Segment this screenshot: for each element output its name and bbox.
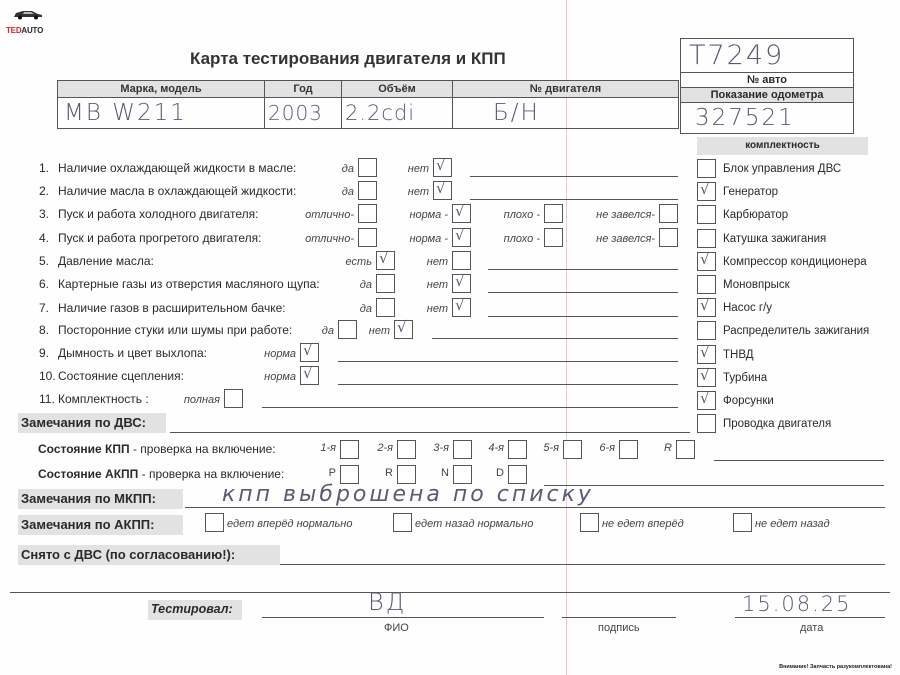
row-question: Наличие масла в охлаждающей жидкости: bbox=[58, 181, 296, 201]
engine-number-cell: № двигателя Б/Н bbox=[453, 81, 678, 128]
completeness-label: Распределитель зажигания bbox=[723, 321, 869, 341]
akpp-option-label: не едет вперёд bbox=[602, 518, 684, 530]
option-checkbox[interactable]: √ bbox=[433, 181, 452, 200]
option-checkbox[interactable] bbox=[544, 228, 563, 247]
check-mark-icon: √ bbox=[303, 363, 313, 383]
tested-by-label: Тестировал: bbox=[148, 600, 242, 620]
option-label: плохо - bbox=[462, 205, 540, 225]
row-question: Состояние сцепления: bbox=[58, 366, 184, 386]
mode-label: D bbox=[426, 467, 504, 479]
completeness-checkbox[interactable]: √ bbox=[697, 252, 716, 271]
row-number: 7. bbox=[39, 298, 49, 318]
option-label: да bbox=[276, 182, 354, 202]
check-mark-icon: √ bbox=[700, 388, 710, 408]
manual-gearbox-notes-field[interactable] bbox=[714, 460, 884, 461]
option-label: есть bbox=[294, 252, 372, 272]
akpp-option-label: едет вперёд нормально bbox=[227, 518, 352, 530]
removed-label: Снято с ДВС (по согласованию!): bbox=[18, 545, 280, 565]
check-mark-icon: √ bbox=[700, 365, 710, 385]
row-question: Пуск и работа прогретого двигателя: bbox=[58, 228, 262, 248]
auto-number-box: T7249 № авто Показание одометра 327521 bbox=[680, 38, 854, 134]
auto-gearbox-notes-field[interactable] bbox=[544, 485, 884, 486]
check-mark-icon: √ bbox=[700, 342, 710, 362]
row-number: 4. bbox=[39, 228, 49, 248]
row-question: Комплектность : bbox=[58, 389, 149, 409]
akpp-option-checkbox[interactable] bbox=[580, 513, 599, 532]
completeness-checkbox[interactable]: √ bbox=[697, 298, 716, 317]
completeness-label: Турбина bbox=[723, 368, 767, 388]
row-number: 9. bbox=[39, 343, 49, 363]
name-caption: ФИО bbox=[384, 622, 409, 634]
option-checkbox[interactable] bbox=[224, 389, 243, 408]
row-question: Картерные газы из отверстия масляного щу… bbox=[58, 274, 320, 294]
option-checkbox[interactable] bbox=[659, 228, 678, 247]
checklist-row: 8.Посторонние стуки или шумы при работе:… bbox=[0, 320, 690, 342]
checklist-row: 7.Наличие газов в расширительном бачке:д… bbox=[0, 298, 690, 320]
logo-text: TEDAUTO bbox=[6, 26, 46, 35]
option-checkbox[interactable]: √ bbox=[452, 274, 471, 293]
mkpp-remarks-field bbox=[185, 507, 885, 508]
check-mark-icon: √ bbox=[436, 155, 446, 175]
row-number: 6. bbox=[39, 274, 49, 294]
option-label: нет bbox=[351, 182, 429, 202]
signature-caption: подпись bbox=[598, 622, 640, 634]
engine-remarks-label: Замечания по ДВС: bbox=[18, 413, 166, 433]
akpp-option-checkbox[interactable] bbox=[205, 513, 224, 532]
option-label: плохо - bbox=[462, 229, 540, 249]
option-label: нет bbox=[312, 321, 390, 341]
manual-gearbox-label: Состояние КПП - проверка на включение: bbox=[38, 442, 276, 456]
option-checkbox[interactable]: √ bbox=[300, 366, 319, 385]
completeness-label: Компрессор кондиционера bbox=[723, 252, 867, 272]
akpp-option-label: едет назад нормально bbox=[415, 518, 533, 530]
row-notes-field[interactable] bbox=[338, 384, 678, 385]
row-notes-field[interactable] bbox=[432, 338, 678, 339]
option-checkbox[interactable]: √ bbox=[433, 158, 452, 177]
check-mark-icon: √ bbox=[303, 340, 313, 360]
gear-checkbox[interactable] bbox=[676, 440, 695, 459]
row-notes-field[interactable] bbox=[488, 292, 678, 293]
option-checkbox[interactable]: √ bbox=[394, 320, 413, 339]
car-icon bbox=[12, 8, 44, 20]
option-checkbox[interactable]: √ bbox=[452, 298, 471, 317]
checklist-row: 4.Пуск и работа прогретого двигателя:отл… bbox=[0, 228, 690, 250]
row-question: Наличие газов в расширительном бачке: bbox=[58, 298, 286, 318]
completeness-label: ТНВД bbox=[723, 345, 754, 365]
checklist-row: 1.Наличие охлаждающей жидкости в масле:д… bbox=[0, 158, 690, 180]
option-label: отлично- bbox=[276, 229, 354, 249]
row-number: 5. bbox=[39, 251, 49, 271]
completeness-checkbox[interactable]: √ bbox=[697, 345, 716, 364]
auto-number-value[interactable]: T7249 bbox=[681, 39, 853, 73]
date-value[interactable]: 15.08.25 bbox=[742, 592, 852, 616]
engine-remarks-field[interactable] bbox=[170, 432, 690, 433]
akpp-option-checkbox[interactable] bbox=[733, 513, 752, 532]
completeness-checkbox[interactable]: √ bbox=[697, 182, 716, 201]
year-value[interactable]: 2003 bbox=[265, 98, 341, 128]
akpp-option-checkbox[interactable] bbox=[393, 513, 412, 532]
row-notes-field[interactable] bbox=[470, 176, 678, 177]
completeness-checkbox[interactable]: √ bbox=[697, 368, 716, 387]
row-number: 8. bbox=[39, 320, 49, 340]
option-checkbox[interactable]: √ bbox=[300, 343, 319, 362]
option-label: нет bbox=[370, 299, 448, 319]
row-notes-field[interactable] bbox=[488, 269, 678, 270]
tester-name-field bbox=[262, 617, 544, 618]
row-notes-field[interactable] bbox=[338, 361, 678, 362]
akpp-option-label: не едет назад bbox=[755, 518, 830, 530]
volume-value[interactable]: 2.2cdi bbox=[342, 98, 452, 128]
volume-cell: Объём 2.2cdi bbox=[342, 81, 453, 128]
option-checkbox[interactable] bbox=[659, 204, 678, 223]
completeness-checkbox[interactable] bbox=[697, 205, 716, 224]
completeness-label: Блок управления ДВС bbox=[723, 159, 841, 179]
option-label: норма bbox=[218, 344, 296, 364]
checklist-row: 10.Состояние сцепления:норма√ bbox=[0, 366, 690, 388]
model-cell: Марка, модель MB W211 bbox=[58, 81, 265, 128]
completeness-label: Насос г/у bbox=[723, 298, 772, 318]
check-mark-icon: √ bbox=[455, 271, 465, 291]
completeness-label: Катушка зажигания bbox=[723, 229, 826, 249]
checklist-row: 11.Комплектность :полная bbox=[0, 389, 690, 411]
option-label: да bbox=[294, 275, 372, 295]
option-label: норма - bbox=[370, 205, 448, 225]
option-label: норма - bbox=[370, 229, 448, 249]
completeness-label: Форсунки bbox=[723, 391, 774, 411]
tester-name-value[interactable]: ВД bbox=[368, 588, 406, 616]
completeness-label: Проводка двигателя bbox=[723, 414, 831, 434]
option-label: полная bbox=[142, 390, 220, 410]
row-number: 3. bbox=[39, 204, 49, 224]
option-label: нет bbox=[370, 252, 448, 272]
completeness-checkbox[interactable] bbox=[697, 414, 716, 433]
vehicle-info-table: Марка, модель MB W211 Год 2003 Объём 2.2… bbox=[57, 80, 679, 129]
checklist-row: 2.Наличие масла в охлаждающей жидкости:д… bbox=[0, 181, 690, 203]
row-question: Дымность и цвет выхлопа: bbox=[58, 343, 207, 363]
check-mark-icon: √ bbox=[700, 249, 710, 269]
completeness-checkbox[interactable] bbox=[697, 275, 716, 294]
option-label: нет bbox=[351, 159, 429, 179]
removed-field[interactable] bbox=[280, 564, 885, 565]
row-number: 1. bbox=[39, 158, 49, 178]
checklist-row: 6.Картерные газы из отверстия масляного … bbox=[0, 274, 690, 296]
check-mark-icon: √ bbox=[397, 317, 407, 337]
row-notes-field[interactable] bbox=[262, 407, 678, 408]
completeness-label: Генератор bbox=[723, 182, 778, 202]
completeness-label: Моновпрыск bbox=[723, 275, 790, 295]
completeness-header: комплектность bbox=[697, 137, 868, 155]
row-question: Давление масла: bbox=[58, 251, 154, 271]
row-question: Пуск и работа холодного двигателя: bbox=[58, 204, 258, 224]
checklist-row: 5.Давление масла:есть√нет bbox=[0, 251, 690, 273]
option-label: не завелся- bbox=[577, 229, 655, 249]
option-checkbox[interactable] bbox=[544, 204, 563, 223]
option-label: норма bbox=[218, 367, 296, 387]
mkpp-remarks-value[interactable]: кпп выброшена по списку bbox=[222, 482, 594, 507]
completeness-checkbox[interactable]: √ bbox=[697, 391, 716, 410]
row-notes-field[interactable] bbox=[488, 316, 678, 317]
check-mark-icon: √ bbox=[436, 178, 446, 198]
page-title: Карта тестирования двигателя и КПП bbox=[190, 49, 506, 69]
akpp-remarks-label: Замечания по АКПП: bbox=[18, 515, 183, 535]
option-checkbox[interactable] bbox=[452, 251, 471, 270]
year-cell: Год 2003 bbox=[265, 81, 342, 128]
completeness-checkbox[interactable] bbox=[697, 321, 716, 340]
completeness-checkbox[interactable] bbox=[697, 229, 716, 248]
gear-label: R bbox=[594, 442, 672, 454]
model-value[interactable]: MB W211 bbox=[58, 98, 264, 128]
checklist-row: 9.Дымность и цвет выхлопа:норма√ bbox=[0, 343, 690, 365]
option-label: отлично- bbox=[276, 205, 354, 225]
check-mark-icon: √ bbox=[455, 295, 465, 315]
signature-field[interactable] bbox=[562, 617, 676, 618]
checklist-row: 3.Пуск и работа холодного двигателя:отли… bbox=[0, 204, 690, 226]
date-field bbox=[735, 617, 885, 618]
mkpp-remarks-label: Замечания по МКПП: bbox=[18, 489, 183, 509]
logo: TEDAUTO bbox=[6, 7, 46, 35]
footer-note: Внимание! Запчасть разукомплектована! bbox=[779, 664, 892, 670]
row-notes-field[interactable] bbox=[470, 199, 678, 200]
option-label: не завелся- bbox=[577, 205, 655, 225]
option-label: да bbox=[294, 299, 372, 319]
odometer-value[interactable]: 327521 bbox=[681, 103, 853, 133]
row-number: 11. bbox=[39, 389, 55, 409]
auto-gearbox-label: Состояние АКПП - проверка на включение: bbox=[38, 467, 284, 481]
check-mark-icon: √ bbox=[700, 295, 710, 315]
engine-number-value[interactable]: Б/Н bbox=[453, 98, 678, 128]
row-question: Наличие охлаждающей жидкости в масле: bbox=[58, 158, 296, 178]
option-label: нет bbox=[370, 275, 448, 295]
completeness-checkbox[interactable] bbox=[697, 159, 716, 178]
date-caption: дата bbox=[800, 622, 823, 634]
check-mark-icon: √ bbox=[700, 179, 710, 199]
row-number: 2. bbox=[39, 181, 49, 201]
row-number: 10. bbox=[39, 366, 56, 386]
completeness-label: Карбюратор bbox=[723, 205, 788, 225]
option-label: да bbox=[276, 159, 354, 179]
